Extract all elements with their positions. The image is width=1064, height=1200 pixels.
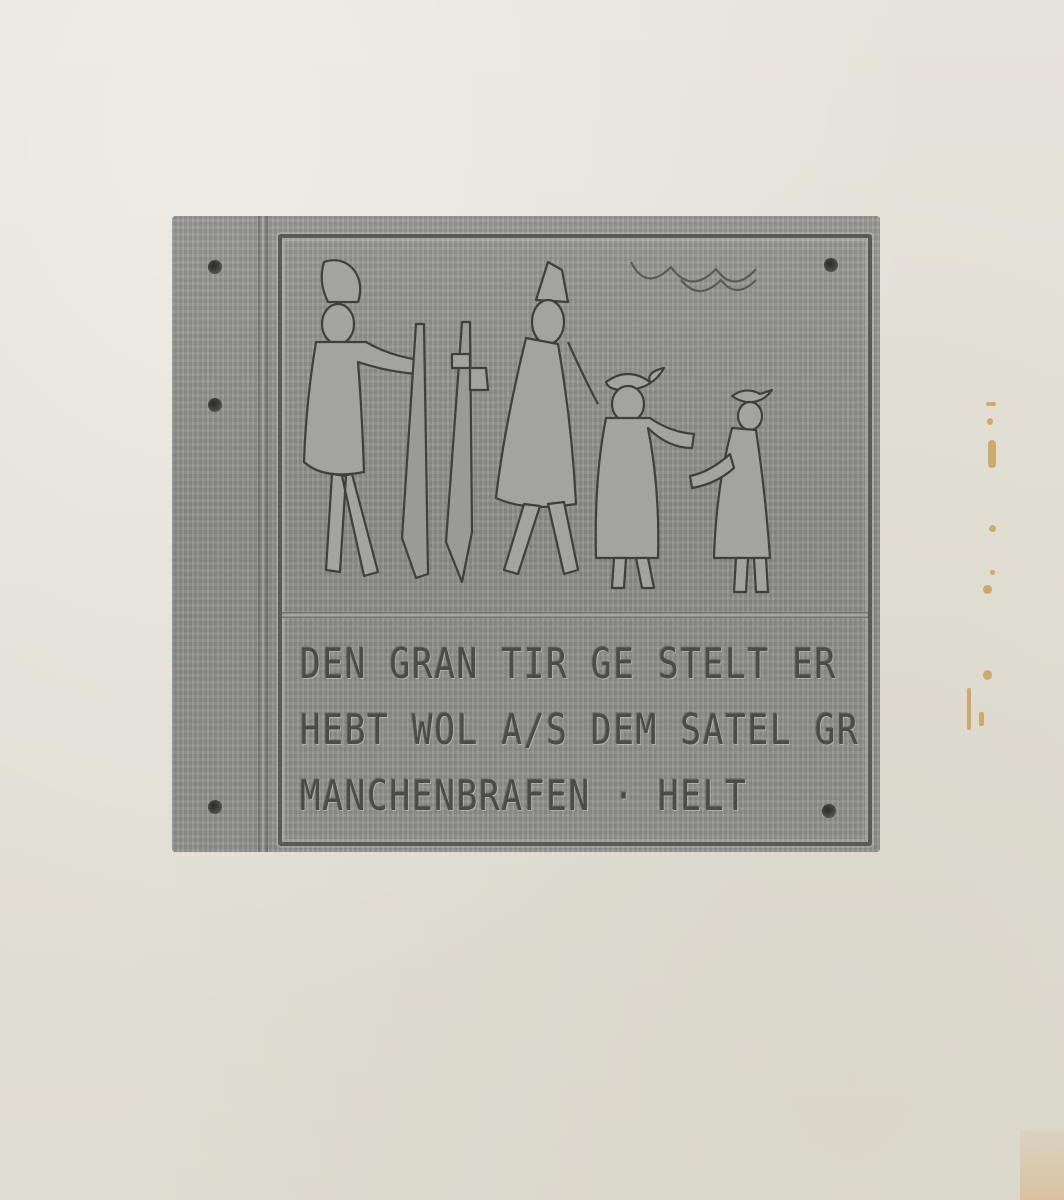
nail-hole bbox=[208, 260, 222, 274]
foxing-stain bbox=[987, 418, 993, 425]
foxing-stain bbox=[986, 402, 996, 406]
foxing-stain bbox=[983, 670, 992, 680]
inscription-line-3: MANCHENBRAFEN · HELT bbox=[300, 771, 751, 820]
relief-divider bbox=[282, 612, 868, 618]
corner-stain bbox=[1020, 1130, 1064, 1200]
relief-figures bbox=[286, 242, 864, 612]
relief-frame: DEN GRAN TIR GE STELT ER HEBT WOL A/S DE… bbox=[278, 234, 872, 846]
foxing-stain bbox=[979, 712, 984, 726]
inscription-line-2: HEBT WOL A/S DEM SATEL GR bbox=[300, 705, 751, 754]
foxing-stain bbox=[967, 688, 971, 730]
inscription-line-1: DEN GRAN TIR GE STELT ER bbox=[300, 639, 751, 688]
foxing-stain bbox=[983, 585, 992, 594]
nail-hole bbox=[208, 398, 222, 412]
stove-plate: DEN GRAN TIR GE STELT ER HEBT WOL A/S DE… bbox=[172, 216, 880, 852]
foxing-stain bbox=[990, 570, 995, 575]
foxing-stain bbox=[988, 440, 996, 468]
inscription: DEN GRAN TIR GE STELT ER HEBT WOL A/S DE… bbox=[300, 630, 850, 828]
relief-scene bbox=[286, 242, 864, 612]
plate-seam bbox=[258, 216, 268, 852]
nail-hole bbox=[208, 800, 222, 814]
foxing-stain bbox=[989, 525, 996, 532]
